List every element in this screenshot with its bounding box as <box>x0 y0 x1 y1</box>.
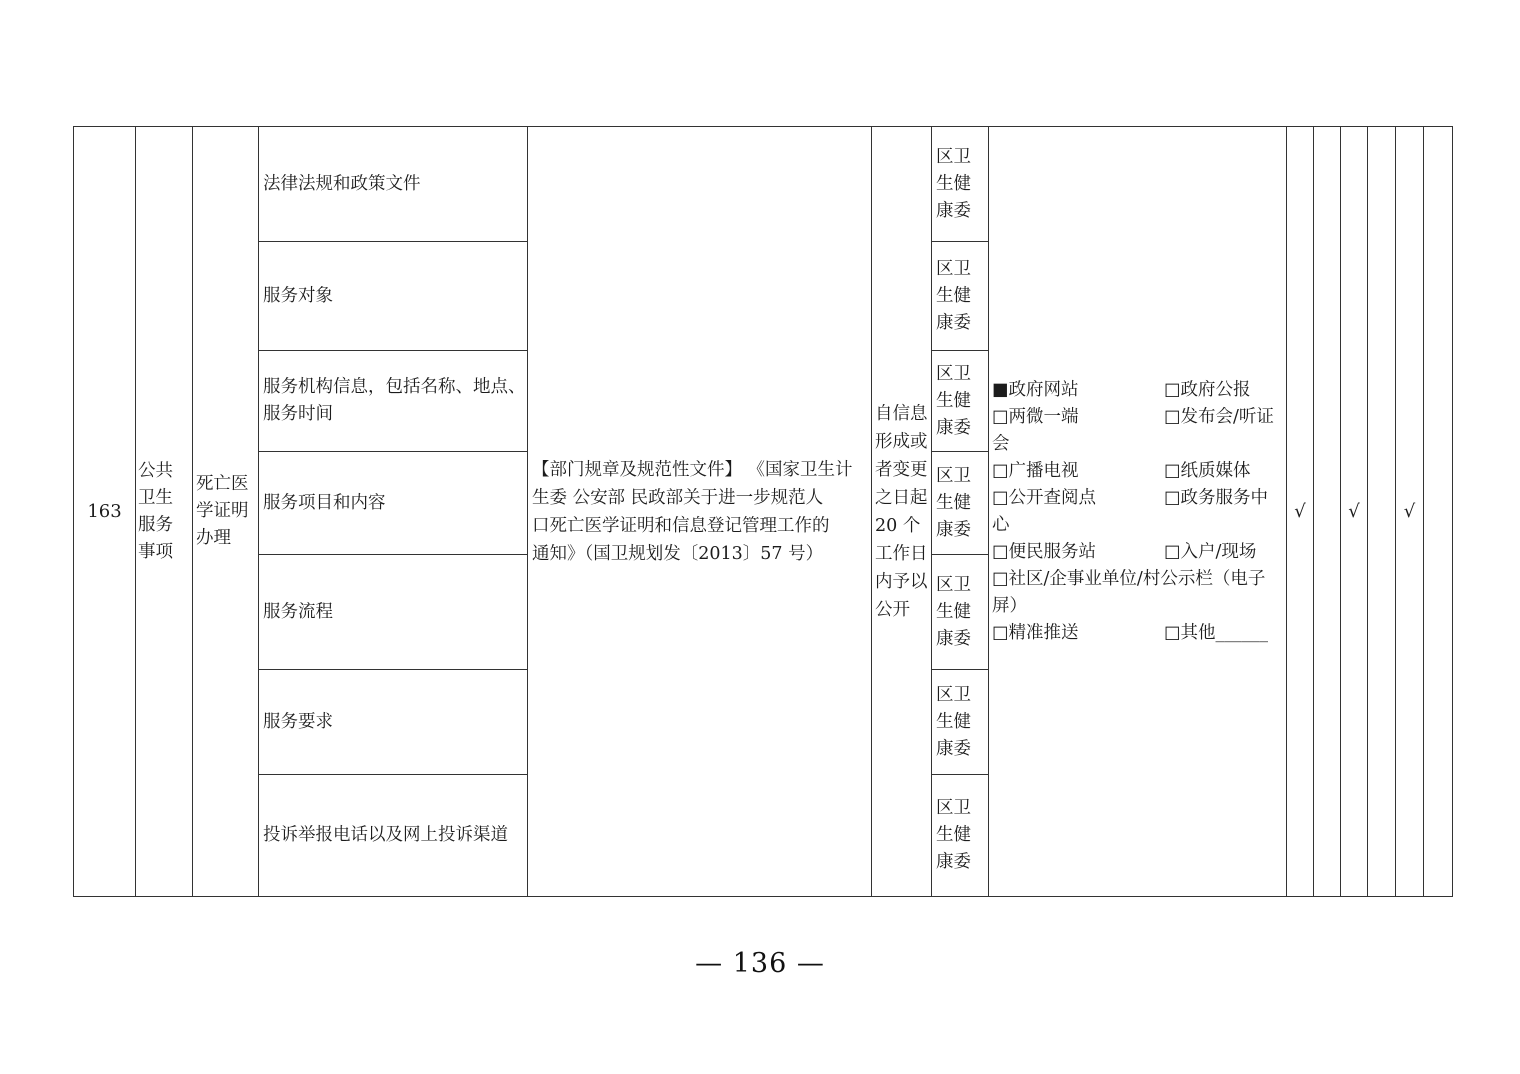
column-responsible-org: 区卫生健康委 区卫生健康委 区卫生健康委 区卫生健康委 区卫生健康委 区卫生健康… <box>932 127 989 896</box>
check-mark: √ <box>1396 127 1423 896</box>
channel-checkbox-list: ■政府网站□政府公报 □两微一端□发布会/听证 会 □广播电视□纸质媒体 □公开… <box>989 127 1286 896</box>
category-name: 公共卫生服务事项 <box>136 127 192 896</box>
channel-line: □公开查阅点□政务服务中 <box>992 485 1286 512</box>
org-cell: 区卫生健康委 <box>932 670 988 775</box>
channel-line: □便民服务站□入户/现场 <box>992 539 1286 566</box>
channel-option: □政务服务中 <box>1164 488 1268 508</box>
column-legal-basis: 【部门规章及规范性文件】 《国家卫生计生委 公安部 民政部关于进一步规范人口死亡… <box>528 127 872 896</box>
channel-option: □入户/现场 <box>1164 542 1256 562</box>
column-disclosure-content: 法律法规和政策文件 服务对象 服务机构信息，包括名称、地点、服务时间 服务项目和… <box>259 127 528 896</box>
channel-option: □广播电视 <box>992 458 1164 485</box>
channel-line: 屏） <box>992 593 1286 620</box>
column-disclosure-channels: ■政府网站□政府公报 □两微一端□发布会/听证 会 □广播电视□纸质媒体 □公开… <box>989 127 1287 896</box>
content-row-complaint-channels: 投诉举报电话以及网上投诉渠道 <box>259 775 527 896</box>
disclosure-time-text: 自信息形成或者变更之日起20 个工作日内予以公开 <box>872 127 931 896</box>
channel-line: 心 <box>992 512 1286 539</box>
row-number: 163 <box>74 127 135 896</box>
channel-option: □两微一端 <box>992 404 1164 431</box>
channel-option: □社区/企事业单位/村公示栏（电子 <box>992 566 1265 593</box>
channel-option: □纸质媒体 <box>1164 461 1251 481</box>
check-mark: √ <box>1287 127 1313 896</box>
content-row-service-target: 服务对象 <box>259 242 527 351</box>
org-cell: 区卫生健康委 <box>932 127 988 242</box>
channel-line: □两微一端□发布会/听证 <box>992 404 1286 431</box>
org-cell: 区卫生健康委 <box>932 351 988 452</box>
channel-option: □发布会/听证 <box>1164 407 1274 427</box>
channel-option: □便民服务站 <box>992 539 1164 566</box>
channel-option-wrap: 心 <box>992 512 1164 539</box>
channel-line: 会 <box>992 431 1286 458</box>
channel-option: □其他______ <box>1164 623 1268 643</box>
column-check-3: √ <box>1341 127 1368 896</box>
org-cell: 区卫生健康委 <box>932 775 988 896</box>
column-row-number: 163 <box>74 127 136 896</box>
channel-option: □精准推送 <box>992 620 1164 647</box>
org-cell: 区卫生健康委 <box>932 555 988 670</box>
channel-option: ■政府网站 <box>992 377 1164 404</box>
item-name: 死亡医学证明办理 <box>193 127 258 896</box>
channel-option: □公开查阅点 <box>992 485 1164 512</box>
check-mark <box>1314 127 1340 896</box>
document-page: 163 公共卫生服务事项 死亡医学证明办理 法律法规和政策文件 服务对象 服务机… <box>0 0 1520 1074</box>
legal-basis-text: 【部门规章及规范性文件】 《国家卫生计生委 公安部 民政部关于进一步规范人口死亡… <box>528 127 871 896</box>
channel-line: ■政府网站□政府公报 <box>992 377 1286 404</box>
content-row-service-requirements: 服务要求 <box>259 670 527 775</box>
page-number: — 136 — <box>0 948 1520 979</box>
column-check-4 <box>1368 127 1396 896</box>
content-row-institution-info: 服务机构信息，包括名称、地点、服务时间 <box>259 351 527 452</box>
channel-line: □精准推送□其他______ <box>992 620 1286 647</box>
column-check-2 <box>1314 127 1341 896</box>
disclosure-table: 163 公共卫生服务事项 死亡医学证明办理 法律法规和政策文件 服务对象 服务机… <box>73 126 1453 897</box>
check-mark: √ <box>1341 127 1367 896</box>
check-mark <box>1424 127 1452 896</box>
content-row-legal-policy: 法律法规和政策文件 <box>259 127 527 242</box>
channel-line: □社区/企事业单位/村公示栏（电子 <box>992 566 1286 593</box>
column-disclosure-time: 自信息形成或者变更之日起20 个工作日内予以公开 <box>872 127 932 896</box>
column-check-6 <box>1424 127 1452 896</box>
org-cell: 区卫生健康委 <box>932 452 988 555</box>
column-item-name: 死亡医学证明办理 <box>193 127 259 896</box>
check-mark <box>1368 127 1395 896</box>
channel-option-wrap: 会 <box>992 431 1164 458</box>
column-category: 公共卫生服务事项 <box>136 127 193 896</box>
column-check-1: √ <box>1287 127 1314 896</box>
content-row-service-items: 服务项目和内容 <box>259 452 527 555</box>
content-row-service-process: 服务流程 <box>259 555 527 670</box>
column-check-5: √ <box>1396 127 1424 896</box>
channel-option-wrap: 屏） <box>992 593 1164 620</box>
channel-line: □广播电视□纸质媒体 <box>992 458 1286 485</box>
channel-option: □政府公报 <box>1164 380 1251 400</box>
org-cell: 区卫生健康委 <box>932 242 988 351</box>
